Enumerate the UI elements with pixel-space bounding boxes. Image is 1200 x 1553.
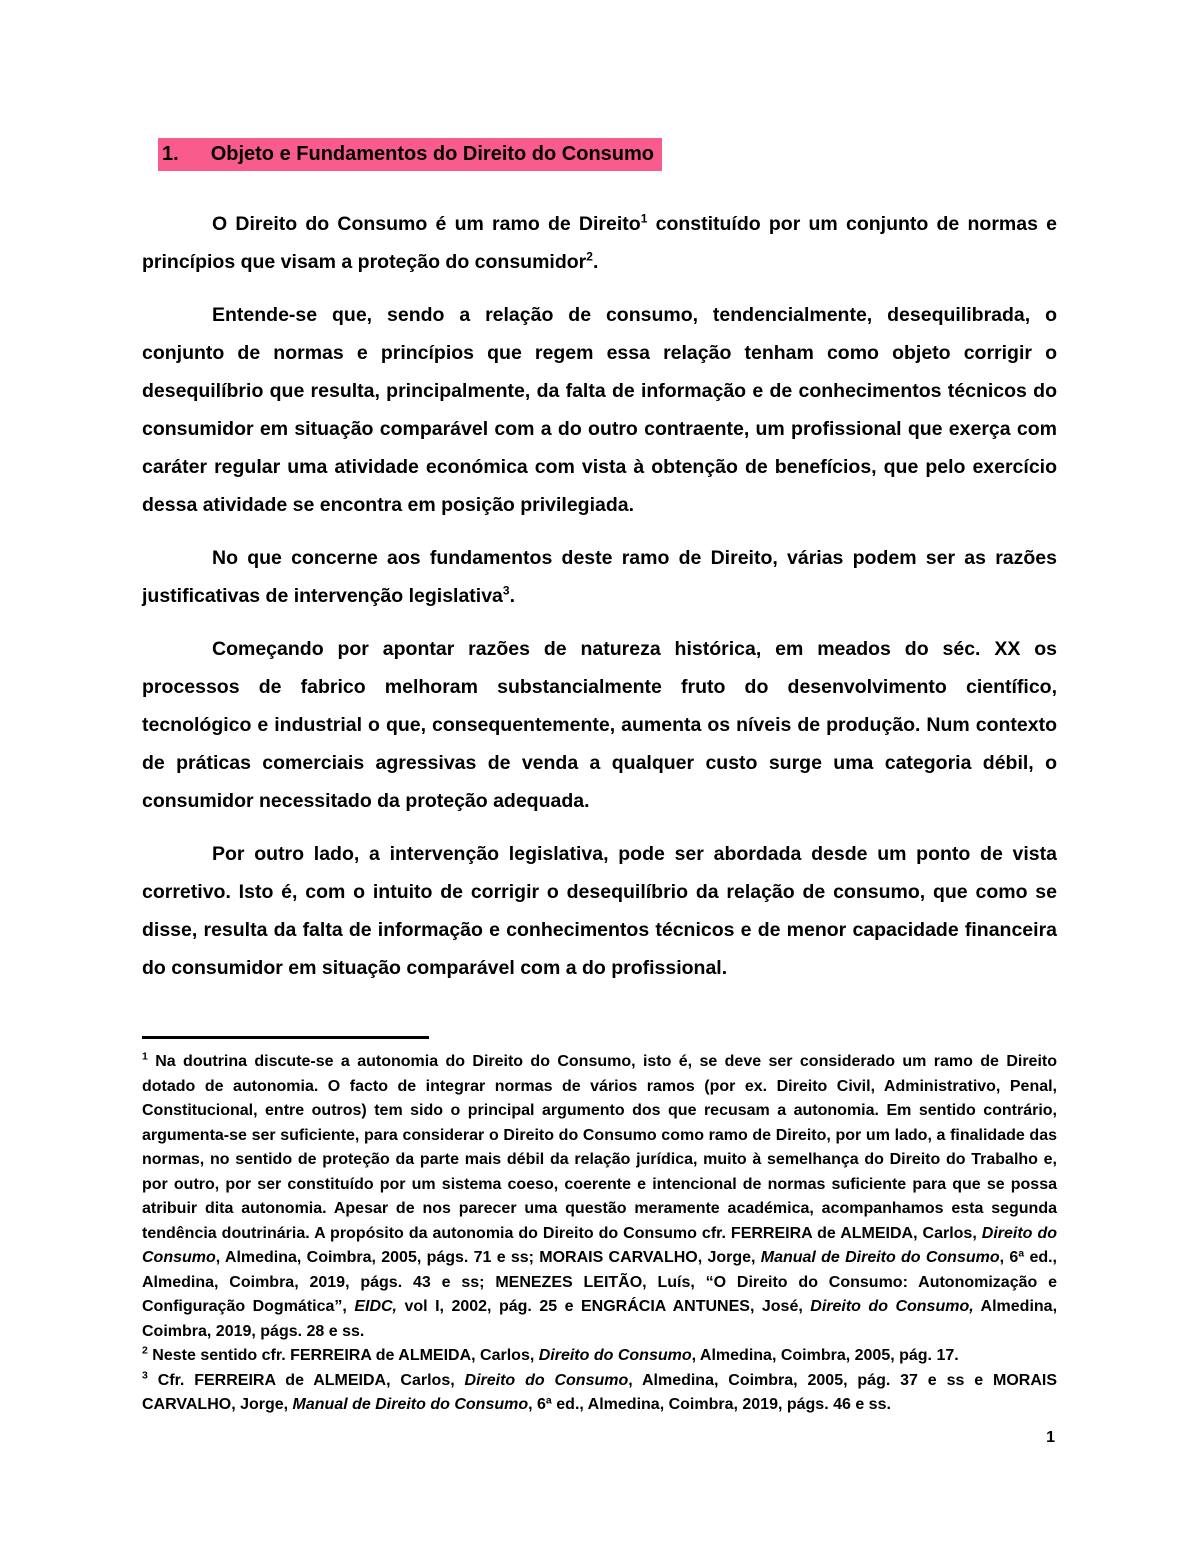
text-run: Na doutrina discute-se a autonomia do Di… xyxy=(142,1053,1057,1242)
text-run: Cfr. FERREIRA de ALMEIDA, Carlos, xyxy=(148,1372,465,1389)
body-paragraph: No que concerne aos fundamentos deste ra… xyxy=(142,539,1057,615)
text-run: Entende-se que, sendo a relação de consu… xyxy=(142,304,1057,516)
document-content: 1.Objeto e Fundamentos do Direito do Con… xyxy=(142,138,1057,1002)
footnote: 1 Na doutrina discute-se a autonomia do … xyxy=(142,1050,1057,1344)
text-run: Direito do Consumo, xyxy=(810,1298,973,1315)
footnotes-section: 1 Na doutrina discute-se a autonomia do … xyxy=(142,1036,1057,1418)
text-run: , Almedina, Coimbra, 2005, pág. 17. xyxy=(692,1347,959,1364)
text-run: Manual de Direito do Consumo xyxy=(293,1396,529,1413)
text-run: . xyxy=(593,251,598,273)
footnote: 2 Neste sentido cfr. FERREIRA de ALMEIDA… xyxy=(142,1344,1057,1369)
footnote-separator xyxy=(142,1036,429,1039)
text-run: vol I, 2002, pág. 25 e ENGRÁCIA ANTUNES,… xyxy=(397,1298,810,1315)
text-run: , Almedina, Coimbra, 2005, págs. 71 e ss… xyxy=(216,1249,761,1266)
body-paragraph: O Direito do Consumo é um ramo de Direit… xyxy=(142,205,1057,281)
document-page: 1.Objeto e Fundamentos do Direito do Con… xyxy=(0,0,1200,1553)
text-run: Por outro lado, a intervenção legislativ… xyxy=(142,843,1057,979)
text-run: O Direito do Consumo é um ramo de Direit… xyxy=(212,213,641,235)
footnote-marker: 2 xyxy=(586,250,593,264)
footnote: 3 Cfr. FERREIRA de ALMEIDA, Carlos, Dire… xyxy=(142,1369,1057,1418)
text-run: Manual de Direito do Consumo xyxy=(761,1249,1000,1266)
footnote-marker: 3 xyxy=(503,584,510,598)
text-run: Direito do Consumo xyxy=(539,1347,692,1364)
body-paragraph: Entende-se que, sendo a relação de consu… xyxy=(142,296,1057,524)
section-title: Objeto e Fundamentos do Direito do Consu… xyxy=(211,143,654,165)
section-number: 1. xyxy=(162,139,179,169)
page-number: 1 xyxy=(1046,1428,1055,1448)
text-run: Direito do Consumo xyxy=(465,1372,629,1389)
section-heading: 1.Objeto e Fundamentos do Direito do Con… xyxy=(158,138,1057,171)
section-heading-highlight: 1.Objeto e Fundamentos do Direito do Con… xyxy=(158,138,662,171)
text-run: Começando por apontar razões de natureza… xyxy=(142,638,1057,812)
text-run: , 6ª ed., Almedina, Coimbra, 2019, págs.… xyxy=(528,1396,891,1413)
text-run: . xyxy=(510,585,515,607)
body-paragraph: Começando por apontar razões de natureza… xyxy=(142,630,1057,820)
document-body: O Direito do Consumo é um ramo de Direit… xyxy=(142,205,1057,987)
body-paragraph: Por outro lado, a intervenção legislativ… xyxy=(142,835,1057,987)
text-run: No que concerne aos fundamentos deste ra… xyxy=(142,547,1057,607)
text-run: EIDC, xyxy=(354,1298,397,1315)
text-run: Neste sentido cfr. FERREIRA de ALMEIDA, … xyxy=(148,1347,539,1364)
